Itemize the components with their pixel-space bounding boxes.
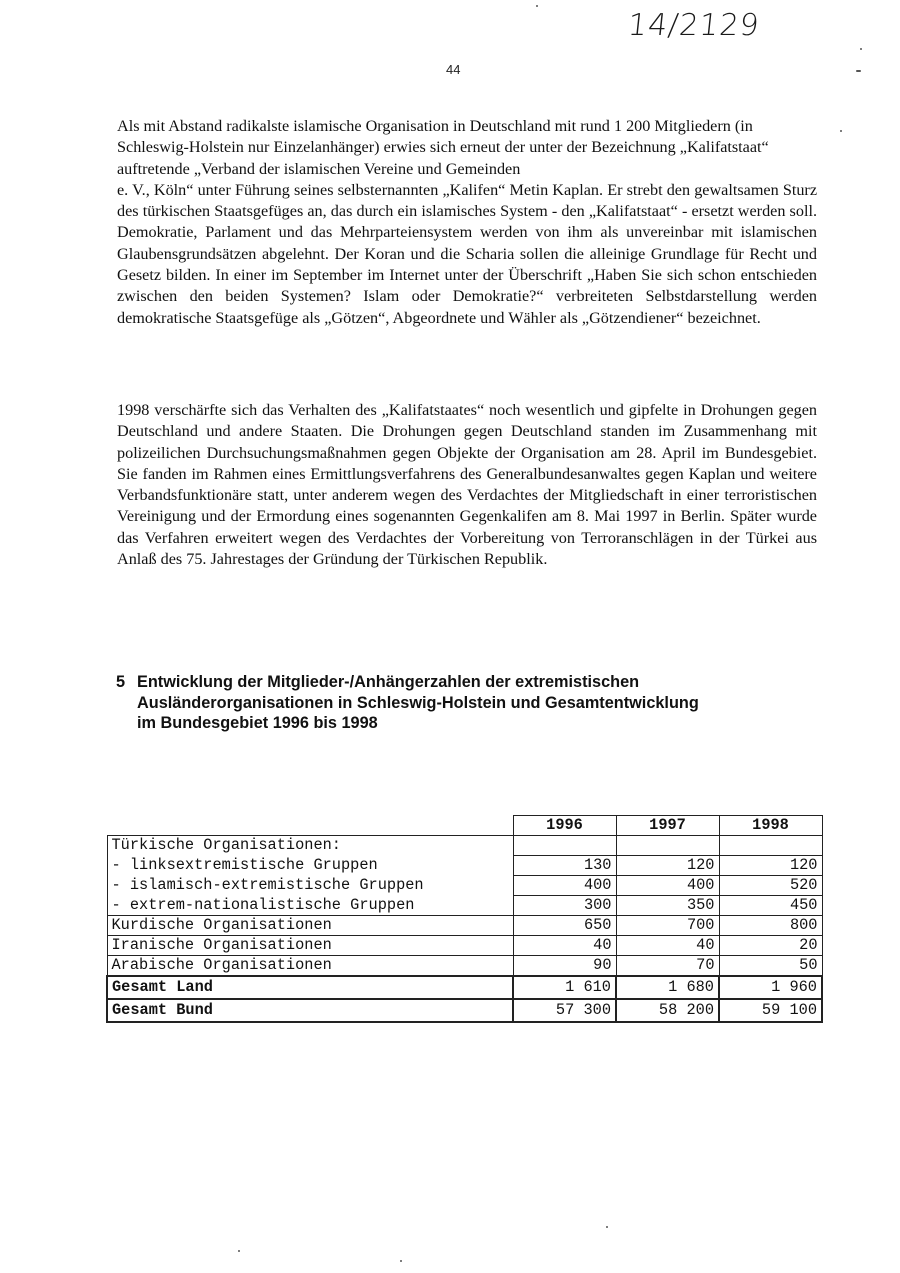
cell-1998: 50 xyxy=(719,956,822,977)
membership-statistics-table: 1996 1997 1998 Türkische Organisationen:… xyxy=(106,815,823,1023)
cell-1996 xyxy=(513,836,616,856)
cell-1996: 90 xyxy=(513,956,616,977)
cell-1997: 70 xyxy=(616,956,719,977)
cell-1996: 1 610 xyxy=(513,976,616,999)
scan-speck xyxy=(400,1260,402,1262)
table-row-total-bund: Gesamt Bund 57 300 58 200 59 100 xyxy=(107,999,822,1022)
cell-1998: 520 xyxy=(719,876,822,896)
table-row: Kurdische Organisationen 650 700 800 xyxy=(107,916,822,936)
cell-1998: 59 100 xyxy=(719,999,822,1022)
paragraph-line-block: Als mit Abstand radikalste islamische Or… xyxy=(117,116,817,180)
handwritten-document-number: 14/2129 xyxy=(626,8,761,43)
section-title-line-2: Ausländerorganisationen in Schleswig-Hol… xyxy=(137,693,816,714)
cell-1997: 1 680 xyxy=(616,976,719,999)
row-label: - extrem-nationalistische Gruppen xyxy=(107,896,513,916)
table-header-row: 1996 1997 1998 xyxy=(107,816,822,836)
row-label: Gesamt Bund xyxy=(107,999,513,1022)
section-title-line-1: Entwicklung der Mitglieder-/Anhängerzahl… xyxy=(137,672,816,693)
cell-1997: 40 xyxy=(616,936,719,956)
scan-speck xyxy=(238,1250,240,1252)
cell-1997: 400 xyxy=(616,876,719,896)
table-row-total-land: Gesamt Land 1 610 1 680 1 960 xyxy=(107,976,822,999)
cell-1997: 58 200 xyxy=(616,999,719,1022)
cell-1998: 450 xyxy=(719,896,822,916)
paragraph-1998-developments: 1998 verschärfte sich das Verhalten des … xyxy=(117,400,817,570)
cell-1996: 130 xyxy=(513,856,616,876)
row-label: Arabische Organisationen xyxy=(107,956,513,977)
cell-1997 xyxy=(616,836,719,856)
table-row: Arabische Organisationen 90 70 50 xyxy=(107,956,822,977)
table-corner xyxy=(107,816,513,836)
section-number: 5 xyxy=(116,672,125,693)
cell-1998: 20 xyxy=(719,936,822,956)
paragraph-kalifatstaat-intro: Als mit Abstand radikalste islamische Or… xyxy=(117,116,817,329)
cell-1996: 40 xyxy=(513,936,616,956)
cell-1998: 120 xyxy=(719,856,822,876)
scan-speck xyxy=(536,5,538,7)
cell-1996: 300 xyxy=(513,896,616,916)
section-heading: 5 Entwicklung der Mitglieder-/Anhängerza… xyxy=(116,672,816,734)
cell-1997: 120 xyxy=(616,856,719,876)
page-number: 44 xyxy=(446,62,460,77)
column-header-1997: 1997 xyxy=(616,816,719,836)
scan-speck xyxy=(840,130,842,132)
column-header-1996: 1996 xyxy=(513,816,616,836)
cell-1997: 700 xyxy=(616,916,719,936)
cell-1998 xyxy=(719,836,822,856)
table-row: - linksextremistische Gruppen 130 120 12… xyxy=(107,856,822,876)
row-label: - linksextremistische Gruppen xyxy=(107,856,513,876)
cell-1996: 400 xyxy=(513,876,616,896)
row-label: Türkische Organisationen: xyxy=(107,836,513,856)
paragraph-continued: e. V., Köln“ unter Führung seines selbst… xyxy=(117,180,817,329)
section-title-line-3: im Bundesgebiet 1996 bis 1998 xyxy=(137,713,816,734)
cell-1998: 800 xyxy=(719,916,822,936)
row-label: - islamisch-extremistische Gruppen xyxy=(107,876,513,896)
cell-1997: 350 xyxy=(616,896,719,916)
scan-speck xyxy=(856,70,861,72)
scan-speck xyxy=(860,48,862,50)
scan-speck xyxy=(606,1226,608,1228)
table-row: Türkische Organisationen: xyxy=(107,836,822,856)
column-header-1998: 1998 xyxy=(719,816,822,836)
cell-1998: 1 960 xyxy=(719,976,822,999)
paragraph-text: 1998 verschärfte sich das Verhalten des … xyxy=(117,400,817,570)
row-label: Iranische Organisationen xyxy=(107,936,513,956)
table-row: Iranische Organisationen 40 40 20 xyxy=(107,936,822,956)
row-label: Gesamt Land xyxy=(107,976,513,999)
cell-1996: 650 xyxy=(513,916,616,936)
table-row: - islamisch-extremistische Gruppen 400 4… xyxy=(107,876,822,896)
cell-1996: 57 300 xyxy=(513,999,616,1022)
row-label: Kurdische Organisationen xyxy=(107,916,513,936)
table-row: - extrem-nationalistische Gruppen 300 35… xyxy=(107,896,822,916)
